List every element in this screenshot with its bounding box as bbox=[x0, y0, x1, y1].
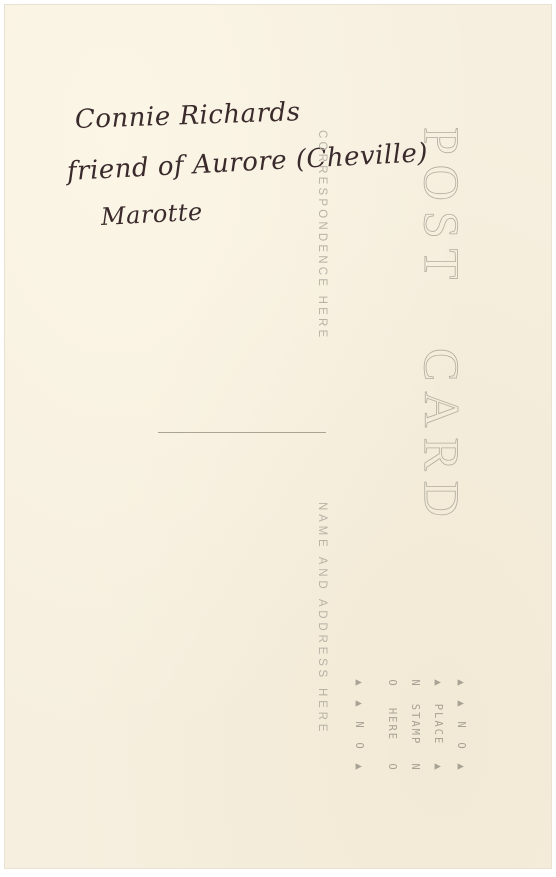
postcard-back: Connie Richards friend of Aurore (Chevil… bbox=[5, 5, 551, 868]
stamp-letter: N bbox=[409, 756, 421, 777]
triangle-icon: ▲ bbox=[353, 672, 365, 693]
stamp-letter: N bbox=[455, 714, 467, 735]
stamp-col-here: OHEREO bbox=[386, 672, 398, 777]
stamp-word-stamp: STAMP bbox=[409, 693, 421, 756]
triangle-icon: ▲ bbox=[432, 756, 444, 777]
stamp-letter: O bbox=[455, 735, 467, 756]
stamp-letter: N bbox=[409, 672, 421, 693]
stamp-word-place: PLACE bbox=[432, 693, 444, 756]
triangle-icon: ▲ bbox=[432, 672, 444, 693]
stamp-col-stamp: NSTAMPN bbox=[409, 672, 421, 777]
stamp-letter: O bbox=[386, 756, 398, 777]
card-title-word: CARD bbox=[413, 348, 471, 527]
triangle-icon: ▲ bbox=[455, 672, 467, 693]
section-divider bbox=[158, 432, 326, 433]
stamp-letter: O bbox=[353, 735, 365, 756]
handwritten-surname: Marotte bbox=[100, 198, 203, 231]
stamp-letter: N bbox=[353, 714, 365, 735]
triangle-icon: ▲ bbox=[455, 756, 467, 777]
stamp-word-here: HERE bbox=[386, 693, 398, 756]
triangle-icon: ▲ bbox=[455, 693, 467, 714]
stamp-col-1: ▲▲NO▲ bbox=[455, 672, 467, 777]
stamp-letter: O bbox=[386, 672, 398, 693]
triangle-icon: ▲ bbox=[353, 693, 365, 714]
triangle-icon: ▲ bbox=[353, 756, 365, 777]
correspondence-label: CORRESPONDENCE HERE bbox=[316, 130, 328, 340]
handwritten-relation: friend of Aurore (Cheville) bbox=[66, 138, 429, 187]
address-label: NAME AND ADDRESS HERE bbox=[316, 502, 328, 735]
post-title-word: POST bbox=[413, 127, 471, 289]
stamp-col-5: ▲▲NO▲ bbox=[353, 672, 365, 777]
stamp-col-place: ▲PLACE▲ bbox=[432, 672, 444, 777]
handwritten-name: Connie Richards bbox=[74, 97, 301, 135]
